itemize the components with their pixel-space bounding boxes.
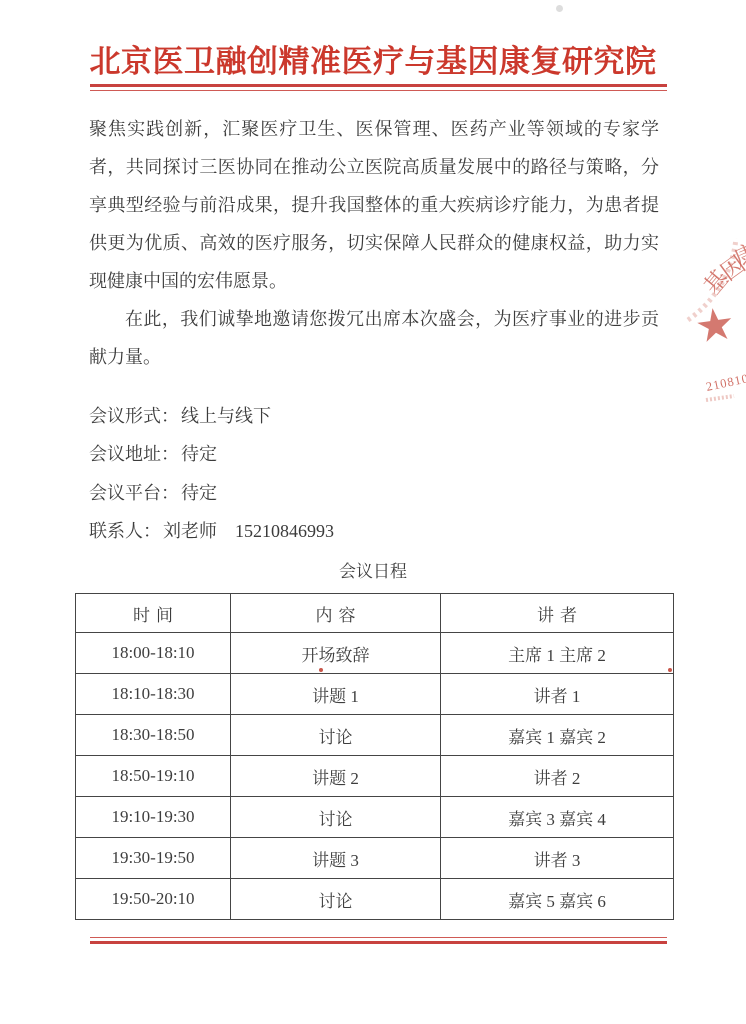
- body-text: 聚焦实践创新，汇聚医疗卫生、医保管理、医药产业等领域的专家学者，共同探讨三医协同…: [89, 110, 659, 376]
- detail-contact-person: 联系人：刘老师 15210846993: [89, 512, 659, 550]
- detail-value: 线上与线下: [181, 406, 271, 426]
- cell-time: 18:30-18:50: [76, 715, 231, 756]
- cell-speaker: 讲者 2: [441, 756, 674, 797]
- cell-speaker: 讲者 3: [441, 838, 674, 879]
- table-row: 19:30-19:50 讲题 3 讲者 3: [76, 838, 674, 879]
- scan-speck: [319, 668, 323, 672]
- schedule-table: 时间 内容 讲者 18:00-18:10 开场致辞 主席 1 主席 2 18:1…: [75, 593, 674, 920]
- cell-time: 18:10-18:30: [76, 674, 231, 715]
- cell-content: 开场致辞: [231, 633, 441, 674]
- detail-meeting-platform: 会议平台：待定: [89, 474, 659, 512]
- scan-speck: [668, 668, 672, 672]
- cell-speaker: 讲者 1: [441, 674, 674, 715]
- detail-label: 会议地址：: [89, 444, 179, 464]
- table-row: 18:50-19:10 讲题 2 讲者 2: [76, 756, 674, 797]
- paragraph-invitation-intro: 聚焦实践创新，汇聚医疗卫生、医保管理、医药产业等领域的专家学者，共同探讨三医协同…: [89, 110, 659, 300]
- detail-meeting-address: 会议地址：待定: [89, 435, 659, 473]
- table-row: 19:10-19:30 讨论 嘉宾 3 嘉宾 4: [76, 797, 674, 838]
- footer-rule: [90, 937, 667, 944]
- letterhead-title: 北京医卫融创精准医疗与基因康复研究院: [0, 36, 746, 81]
- detail-meeting-format: 会议形式：线上与线下: [89, 397, 659, 435]
- cell-content: 讨论: [231, 797, 441, 838]
- cell-speaker: 嘉宾 5 嘉宾 6: [441, 879, 674, 920]
- column-header-time: 时间: [76, 594, 231, 633]
- table-row: 18:30-18:50 讨论 嘉宾 1 嘉宾 2: [76, 715, 674, 756]
- cell-content: 讲题 1: [231, 674, 441, 715]
- seal-serial-number: 210810: [705, 371, 746, 394]
- cell-speaker: 嘉宾 3 嘉宾 4: [441, 797, 674, 838]
- schedule-caption: 会议日程: [0, 560, 746, 584]
- document-page: 北京医卫融创精准医疗与基因康复研究院 聚焦实践创新，汇聚医疗卫生、医保管理、医药…: [0, 0, 746, 1024]
- detail-value: 待定: [181, 444, 217, 464]
- cell-speaker: 主席 1 主席 2: [441, 633, 674, 674]
- cell-time: 19:10-19:30: [76, 797, 231, 838]
- cell-time: 19:50-20:10: [76, 879, 231, 920]
- cell-speaker: 嘉宾 1 嘉宾 2: [441, 715, 674, 756]
- cell-content: 讨论: [231, 879, 441, 920]
- detail-label: 会议平台：: [89, 483, 179, 503]
- cell-content: 讲题 3: [231, 838, 441, 879]
- cell-time: 19:30-19:50: [76, 838, 231, 879]
- cell-content: 讲题 2: [231, 756, 441, 797]
- cell-time: 18:50-19:10: [76, 756, 231, 797]
- column-header-speaker: 讲者: [441, 594, 674, 633]
- detail-value: 刘老师 15210846993: [163, 521, 334, 541]
- detail-label: 会议形式：: [89, 406, 179, 426]
- scan-speck: [556, 5, 563, 12]
- official-seal-stamp: 基 因 康 210810: [678, 238, 746, 418]
- cell-content: 讨论: [231, 715, 441, 756]
- letterhead-rule: [90, 84, 667, 91]
- detail-value: 待定: [181, 483, 217, 503]
- paragraph-invitation-closing: 在此，我们诚挚地邀请您拨冗出席本次盛会，为医疗事业的进步贡献力量。: [89, 300, 659, 376]
- table-row: 18:10-18:30 讲题 1 讲者 1: [76, 674, 674, 715]
- table-header-row: 时间 内容 讲者: [76, 594, 674, 633]
- meeting-details: 会议形式：线上与线下 会议地址：待定 会议平台：待定 联系人：刘老师 15210…: [89, 397, 659, 551]
- table-row: 19:50-20:10 讨论 嘉宾 5 嘉宾 6: [76, 879, 674, 920]
- seal-small-text-strip: [706, 396, 734, 400]
- table-row: 18:00-18:10 开场致辞 主席 1 主席 2: [76, 633, 674, 674]
- detail-label: 联系人：: [89, 521, 161, 541]
- column-header-content: 内容: [231, 594, 441, 633]
- cell-time: 18:00-18:10: [76, 633, 231, 674]
